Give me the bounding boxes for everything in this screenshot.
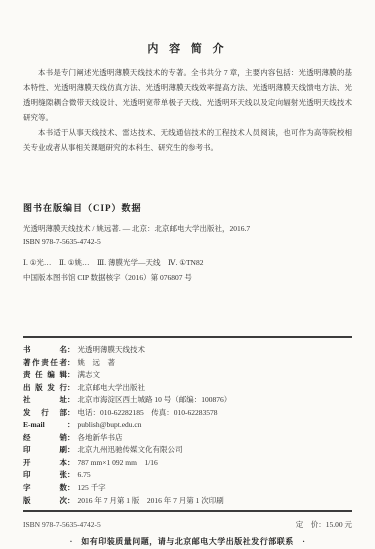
intro-paragraph-2: 本书适于从事天线技术、雷达技术、无线通信技术的工程技术人员阅读，也可作为高等院校… <box>23 125 352 155</box>
row-colon: ： <box>67 469 75 482</box>
row-colon: ： <box>67 432 75 445</box>
row-value: 北京邮电大学出版社 <box>75 382 146 395</box>
colophon-row-sheets: 印张：6.75 <box>23 469 352 482</box>
row-colon: ： <box>67 407 75 420</box>
row-value: 6.75 <box>75 469 91 482</box>
row-label: E-mail <box>23 419 67 432</box>
colophon-row-seller: 经销：各地新华书店 <box>23 432 352 445</box>
cip-section: 图书在版编目（CIP）数据 光透明薄膜天线技术 / 姚远著. — 北京：北京邮电… <box>23 201 352 284</box>
row-colon: ： <box>67 369 75 382</box>
row-colon: ： <box>67 394 75 407</box>
row-value: 北京市海淀区西土城路 10 号（邮编：100876） <box>75 394 232 407</box>
colophon-section: 书名：光透明薄膜天线技术 著作责任者：姚 远 著 责任编辑：满志文 出版发行：北… <box>23 344 352 507</box>
intro-title: 内 容 简 介 <box>23 40 352 56</box>
colophon-row-publisher: 出版发行：北京邮电大学出版社 <box>23 382 352 395</box>
row-value: 姚 远 著 <box>75 357 116 370</box>
colophon-row-email: E-mail：publish@bupt.edu.cn <box>23 419 352 432</box>
row-colon: ： <box>67 444 75 457</box>
intro-section: 本书是专门阐述光透明薄膜天线技术的专著。全书共分 7 章，主要内容包括：光透明薄… <box>23 65 352 155</box>
row-value: publish@bupt.edu.cn <box>75 419 142 432</box>
colophon-row-author: 著作责任者：姚 远 著 <box>23 357 352 370</box>
row-colon: ： <box>67 357 75 370</box>
row-colon: ： <box>67 419 75 432</box>
row-colon: ： <box>67 457 75 470</box>
row-label: 著作责任者 <box>23 357 67 370</box>
row-value: 2016 年 7 月第 1 版 2016 年 7 月第 1 次印刷 <box>75 495 224 508</box>
colophon-row-printer: 印刷：北京九州迅驰传媒文化有限公司 <box>23 444 352 457</box>
colophon-row-edition: 版次：2016 年 7 月第 1 版 2016 年 7 月第 1 次印刷 <box>23 495 352 508</box>
footer-price: 定 价：15.00 元 <box>296 519 352 530</box>
colophon-row-address: 社址：北京市海淀区西土城路 10 号（邮编：100876） <box>23 394 352 407</box>
intro-paragraph-1: 本书是专门阐述光透明薄膜天线技术的专著。全书共分 7 章，主要内容包括：光透明薄… <box>23 65 352 125</box>
colophon-row-distribution: 发行部：电话：010-62282185 传真：010-62283578 <box>23 407 352 420</box>
row-label: 经销 <box>23 432 67 445</box>
row-value: 787 mm×1 092 mm 1/16 <box>75 457 158 470</box>
footer-isbn: ISBN 978-7-5635-4742-5 <box>23 520 101 529</box>
row-label: 出版发行 <box>23 382 67 395</box>
row-colon: ： <box>67 382 75 395</box>
cip-title-line: 光透明薄膜天线技术 / 姚远著. — 北京：北京邮电大学出版社，2016.7 <box>23 223 352 236</box>
row-value: 125 千字 <box>75 482 106 495</box>
divider-top <box>23 336 352 338</box>
row-colon: ： <box>67 495 75 508</box>
cip-isbn-line: ISBN 978-7-5635-4742-5 <box>23 236 352 249</box>
row-label: 发行部 <box>23 407 67 420</box>
row-label: 社址 <box>23 394 67 407</box>
footer-isbn-price-row: ISBN 978-7-5635-4742-5 定 价：15.00 元 <box>23 512 352 530</box>
row-value: 各地新华书店 <box>75 432 123 445</box>
copyright-page: 内 容 简 介 本书是专门阐述光透明薄膜天线技术的专著。全书共分 7 章，主要内… <box>0 0 375 549</box>
quality-note: · 如有印装质量问题，请与北京邮电大学出版社发行部联系 · <box>23 536 352 547</box>
row-label: 版次 <box>23 495 67 508</box>
row-label: 印刷 <box>23 444 67 457</box>
colophon-row-wordcount: 字数：125 千字 <box>23 482 352 495</box>
row-label: 印张 <box>23 469 67 482</box>
row-label: 责任编辑 <box>23 369 67 382</box>
row-value: 北京九州迅驰传媒文化有限公司 <box>75 444 183 457</box>
cip-classification-line: Ⅰ. ①光… Ⅱ. ①姚… Ⅲ. 薄膜光学—天线 Ⅳ. ①TN82 <box>23 257 352 270</box>
row-colon: ： <box>67 482 75 495</box>
colophon-row-title: 书名：光透明薄膜天线技术 <box>23 344 352 357</box>
row-value: 满志文 <box>75 369 101 382</box>
row-value: 电话：010-62282185 传真：010-62283578 <box>75 407 218 420</box>
cip-heading: 图书在版编目（CIP）数据 <box>23 201 352 214</box>
row-label: 开本 <box>23 457 67 470</box>
colophon-row-format: 开本：787 mm×1 092 mm 1/16 <box>23 457 352 470</box>
colophon-row-editor: 责任编辑：满志文 <box>23 369 352 382</box>
row-colon: ： <box>67 344 75 357</box>
cip-body: 光透明薄膜天线技术 / 姚远著. — 北京：北京邮电大学出版社，2016.7 I… <box>23 223 352 284</box>
cip-record-line: 中国版本图书馆 CIP 数据核字（2016）第 076807 号 <box>23 272 352 285</box>
row-label: 书名 <box>23 344 67 357</box>
row-value: 光透明薄膜天线技术 <box>75 344 146 357</box>
row-label: 字数 <box>23 482 67 495</box>
